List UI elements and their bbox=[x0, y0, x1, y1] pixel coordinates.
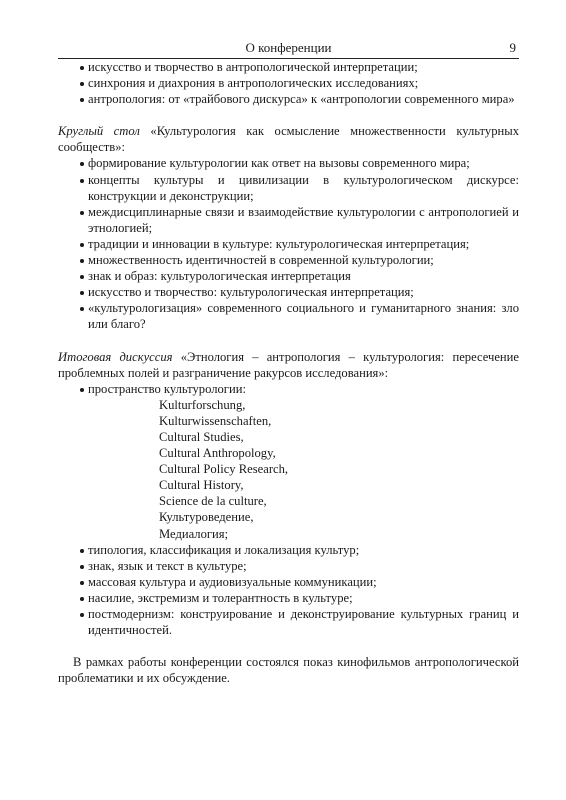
list-item: пространство культурологии: Kulturforsch… bbox=[88, 381, 519, 542]
final-discussion-heading: Итоговая дискуссия «Этнология – антропол… bbox=[58, 349, 519, 381]
final-discussion-kind: Итоговая дискуссия bbox=[58, 350, 173, 364]
list-item: антропология: от «трайбового дискурса» к… bbox=[88, 91, 519, 107]
term-item: Cultural Anthropology, bbox=[159, 445, 519, 461]
round-table-list: формирование культурологии как ответ на … bbox=[58, 155, 519, 332]
list-item: формирование культурологии как ответ на … bbox=[88, 155, 519, 171]
top-bullet-list: искусство и творчество в антропологическ… bbox=[58, 59, 519, 107]
round-table-section: Круглый стол «Культурология как осмыслен… bbox=[58, 123, 519, 332]
term-item: Kulturforschung, bbox=[159, 397, 519, 413]
running-head-title: О конференции bbox=[58, 38, 519, 58]
list-item: концепты культуры и цивилизации в культу… bbox=[88, 172, 519, 204]
list-item: «культурологизация» современного социаль… bbox=[88, 300, 519, 332]
term-item: Science de la culture, bbox=[159, 493, 519, 509]
list-item: массовая культура и аудиовизуальные комм… bbox=[88, 574, 519, 590]
term-item: Cultural Policy Research, bbox=[159, 461, 519, 477]
list-item: междисциплинарные связи и взаимодействие… bbox=[88, 204, 519, 236]
page-number: 9 bbox=[510, 38, 517, 58]
term-item: Медиалогия; bbox=[159, 526, 519, 542]
culture-studies-terms-list: Kulturforschung, Kulturwissenschaften, C… bbox=[88, 397, 519, 542]
list-item: типология, классификация и локализация к… bbox=[88, 542, 519, 558]
term-item: Cultural Studies, bbox=[159, 429, 519, 445]
list-item: искусство и творчество: культурологическ… bbox=[88, 284, 519, 300]
final-discussion-list: пространство культурологии: Kulturforsch… bbox=[58, 381, 519, 639]
list-item: насилие, экстремизм и толерантность в ку… bbox=[88, 590, 519, 606]
round-table-heading: Круглый стол «Культурология как осмыслен… bbox=[58, 123, 519, 155]
running-head: О конференции 9 bbox=[58, 38, 519, 59]
list-item-text: пространство культурологии: bbox=[88, 382, 246, 396]
term-item: Kulturwissenschaften, bbox=[159, 413, 519, 429]
round-table-kind: Круглый стол bbox=[58, 124, 140, 138]
list-item: знак и образ: культурологическая интерпр… bbox=[88, 268, 519, 284]
term-item: Культуроведение, bbox=[159, 509, 519, 525]
list-item: постмодернизм: конструирование и деконст… bbox=[88, 606, 519, 638]
list-item: знак, язык и текст в культуре; bbox=[88, 558, 519, 574]
list-item: искусство и творчество в антропологическ… bbox=[88, 59, 519, 75]
closing-paragraph: В рамках работы конференции состоялся по… bbox=[58, 654, 519, 686]
list-item: традиции и инновации в культуре: культур… bbox=[88, 236, 519, 252]
list-item: множественность идентичностей в современ… bbox=[88, 252, 519, 268]
document-page: О конференции 9 искусство и творчество в… bbox=[58, 38, 519, 699]
final-discussion-section: Итоговая дискуссия «Этнология – антропол… bbox=[58, 349, 519, 639]
list-item: синхрония и диахрония в антропологически… bbox=[88, 75, 519, 91]
term-item: Cultural History, bbox=[159, 477, 519, 493]
